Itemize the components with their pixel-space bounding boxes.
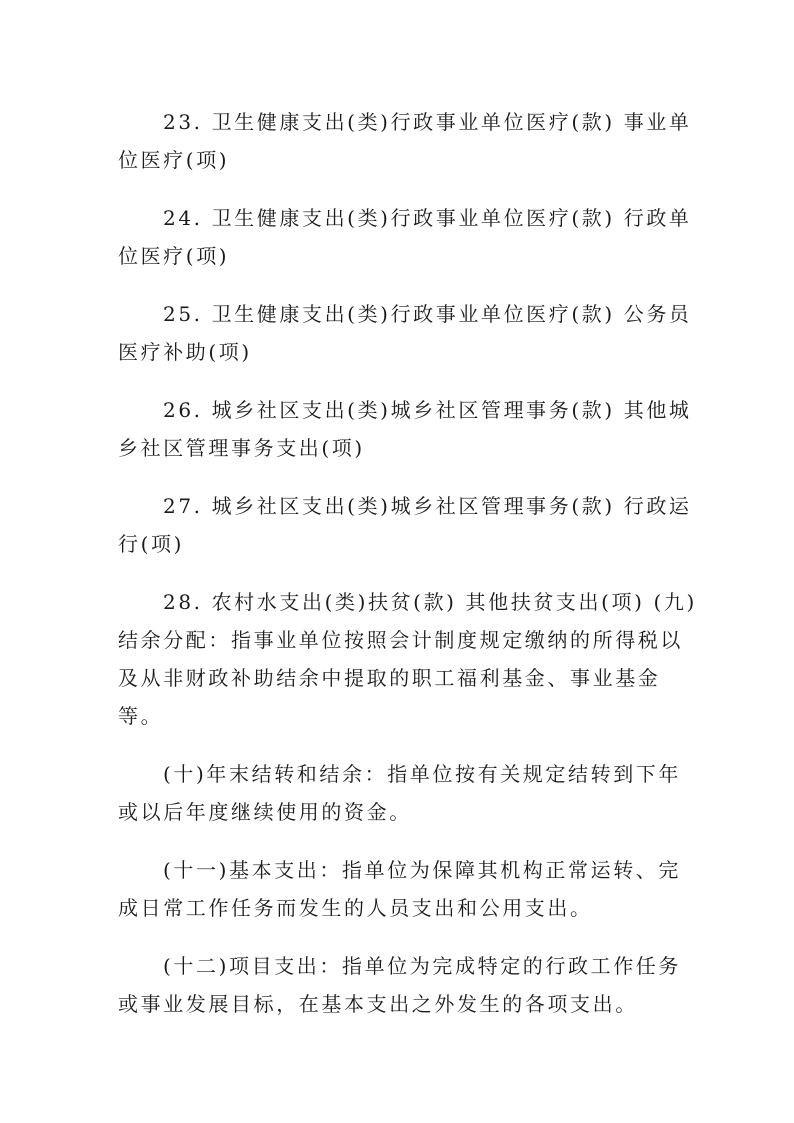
paragraph-28-line-4: 等。 <box>118 704 163 728</box>
document-page: 23. 卫生健康支出(类)行政事业单位医疗(款) 事业单 位医疗(项) 24. … <box>0 0 794 1123</box>
paragraph-25-line-1: 25. 卫生健康支出(类)行政事业单位医疗(款) 公务员 <box>163 302 692 326</box>
paragraph-12-line-2: 或事业发展目标，在基本支出之外发生的各项支出。 <box>118 992 638 1016</box>
paragraph-10-line-1: (十)年末结转和结余：指单位按有关规定结转到下年 <box>163 762 681 786</box>
paragraph-11-line-2: 成日常工作任务而发生的人员支出和公用支出。 <box>118 896 593 920</box>
paragraph-24-line-1: 24. 卫生健康支出(类)行政事业单位医疗(款) 行政单 <box>163 206 692 230</box>
paragraph-28-line-2: 结余分配：指事业单位按照会计制度规定缴纳的所得税以 <box>118 628 683 652</box>
paragraph-25-line-2: 医疗补助(项) <box>118 340 252 364</box>
paragraph-24-line-2: 位医疗(项) <box>118 244 229 268</box>
paragraph-27-line-2: 行(项) <box>118 532 184 556</box>
paragraph-12-line-1: (十二)项目支出：指单位为完成特定的行政工作任务 <box>163 954 681 978</box>
paragraph-10-line-2: 或以后年度继续使用的资金。 <box>118 800 412 824</box>
paragraph-26-line-1: 26. 城乡社区支出(类)城乡社区管理事务(款) 其他城 <box>163 398 692 422</box>
paragraph-11-line-1: (十一)基本支出：指单位为保障其机构正常运转、完 <box>163 858 681 882</box>
paragraph-23-line-2: 位医疗(项) <box>118 148 229 172</box>
paragraph-23-line-1: 23. 卫生健康支出(类)行政事业单位医疗(款) 事业单 <box>163 110 692 134</box>
paragraph-27-line-1: 27. 城乡社区支出(类)城乡社区管理事务(款) 行政运 <box>163 494 692 518</box>
paragraph-28-line-3: 及从非财政补助结余中提取的职工福利基金、事业基金 <box>118 666 660 690</box>
paragraph-26-line-2: 乡社区管理事务支出(项) <box>118 436 365 460</box>
paragraph-28-line-1: 28. 农村水支出(类)扶贫(款) 其他扶贫支出(项) (九) <box>163 590 697 614</box>
